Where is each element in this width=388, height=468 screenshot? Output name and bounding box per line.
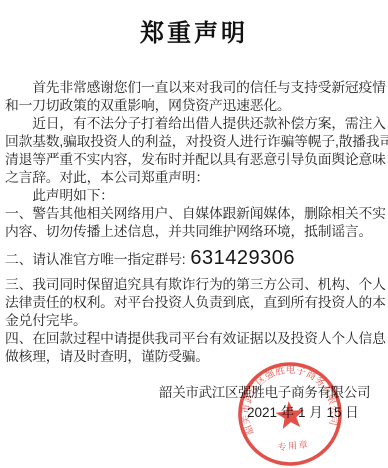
body-line: 四、在回款过程中请提供我司平台有效证据以及投资人个人信息 xyxy=(5,330,385,348)
body-line: 内容、切勿传播上述信息，并共同维护网络环境，抵制谣言。 xyxy=(5,223,385,241)
body-line: 清退等严重不实内容，发布时并配以具有恶意引导负面舆论意味 xyxy=(5,151,385,169)
group-number-label: 二、请认准官方唯一指定群号: xyxy=(5,248,185,268)
body-line: 一、警告其他相关网络用户、自媒体跟新闻媒体，删除相关不实 xyxy=(5,205,385,223)
body-line: 此声明如下： xyxy=(5,187,385,205)
body-line: 首先非常感谢您们一直以来对我司的信任与支持受新冠疫情 xyxy=(5,79,385,97)
official-group-line: 二、请认准官方唯一指定群号: 631429306 xyxy=(5,247,385,271)
body-line: 之言辞。对此，本公司郑重声明： xyxy=(5,169,385,187)
body-line: 三、我司同时保留追究具有欺诈行为的第三方公司、机构、个人 xyxy=(5,276,385,294)
body-line: 近日，有不法分子打着给出借人提供还款补偿方案，需注入 xyxy=(5,115,385,133)
body-line: 回款基数,骗取投资人的利益，对投资人进行诈骗等幌子,散播我司 xyxy=(5,133,385,151)
body-line: 法律责任的权利。对平台投资人负责到底，直到所有投资人的本 xyxy=(5,294,385,312)
group-number-value: 631429306 xyxy=(190,247,295,270)
company-name: 韶关市武江区强胜电子商务有限公司 xyxy=(159,381,370,401)
statement-date: 2021 年 1 月 15 日 xyxy=(247,401,359,421)
document-body: 首先非常感谢您们一直以来对我司的信任与支持受新冠疫情 和一刀切政策的双重影响，网… xyxy=(5,79,385,366)
statement-document: 郑重声明 首先非常感谢您们一直以来对我司的信任与支持受新冠疫情 和一刀切政策的双… xyxy=(0,0,388,468)
body-line: 金兑付完毕。 xyxy=(5,312,385,330)
body-line: 做核理，请及时查明，谨防受骗。 xyxy=(5,348,385,366)
seal-bottom-text: 专用章 xyxy=(277,438,309,452)
body-line: 和一刀切政策的双重影响，网贷资产迅速恶化。 xyxy=(5,97,385,115)
document-title: 郑重声明 xyxy=(0,13,388,48)
